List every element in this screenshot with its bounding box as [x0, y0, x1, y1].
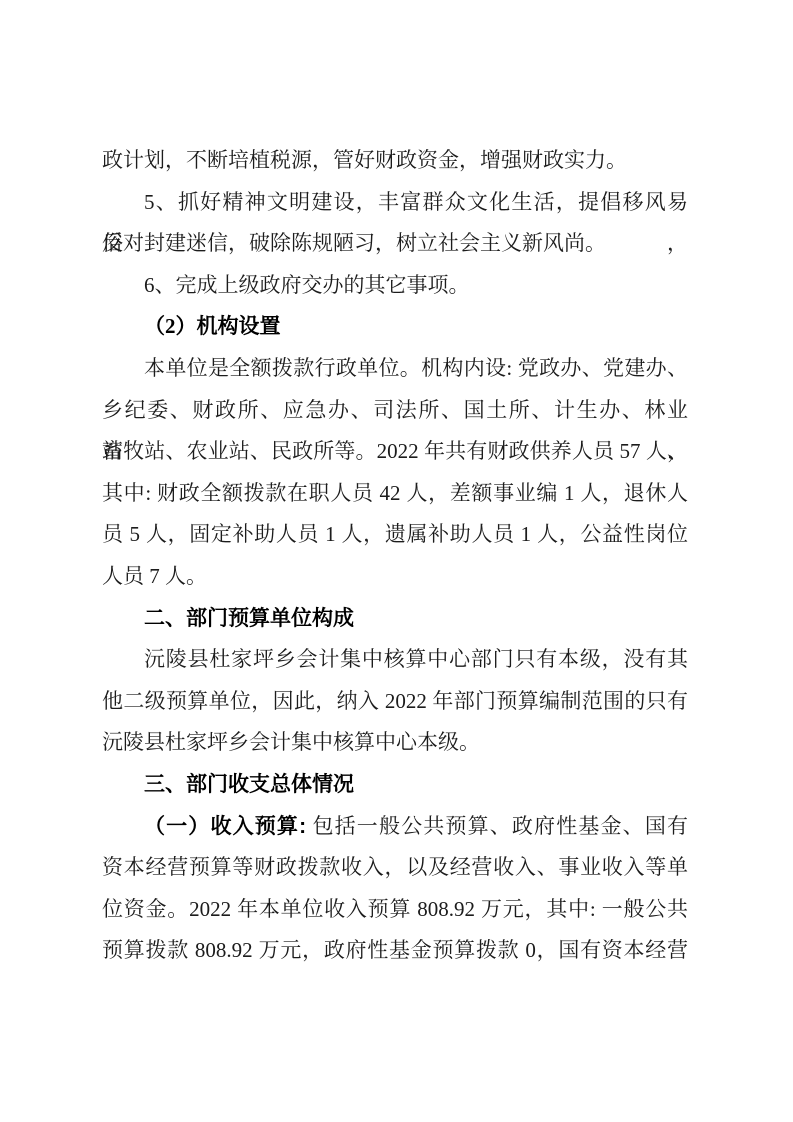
- text-segment: 沅陵县杜家坪乡会计集中核算中心部门只有本级，没有其: [144, 647, 688, 671]
- text-segment: 政计划，不断培植税源，管好财政资金，增强财政实力。: [102, 148, 627, 172]
- bold-text-segment: （一）收入预算:: [144, 815, 306, 838]
- body-line: 员 5 人，固定补助人员 1 人，遗属补助人员 1 人，公益性岗位: [102, 514, 688, 556]
- body-line: 6、完成上级政府交办的其它事项。: [102, 265, 688, 307]
- body-line: 人员 7 人。: [102, 556, 688, 598]
- text-segment: 6、完成上级政府交办的其它事项。: [144, 273, 470, 297]
- bold-text-segment: 二、部门预算单位构成: [144, 607, 354, 630]
- text-segment: 人员 7 人。: [102, 564, 207, 588]
- body-line: 资本经营预算等财政拨款收入，以及经营收入、事业收入等单: [102, 847, 688, 889]
- section-heading-org-setup: （2）机构设置: [102, 306, 688, 348]
- body-line: 沅陵县杜家坪乡会计集中核算中心本级。: [102, 722, 688, 764]
- body-line: 沅陵县杜家坪乡会计集中核算中心部门只有本级，没有其: [102, 639, 688, 681]
- text-segment: 反对封建迷信，破除陈规陋习，树立社会主义新风尚。: [102, 231, 606, 255]
- body-line: 预算拨款 808.92 万元，政府性基金预算拨款 0，国有资本经营: [102, 930, 688, 972]
- bold-text-segment: （2）机构设置: [144, 314, 281, 338]
- body-line: 乡纪委、财政所、应急办、司法所、国土所、计生办、林业站、: [102, 390, 688, 432]
- text-segment: 包括一般公共预算、政府性基金、国有: [306, 814, 688, 838]
- section-heading-revenue-expenditure-overview: 三、部门收支总体情况: [102, 764, 688, 806]
- text-segment: 员 5 人，固定补助人员 1 人，遗属补助人员 1 人，公益性岗位: [102, 522, 688, 546]
- text-segment: 其中: 财政全额拨款在职人员 42 人，差额事业编 1 人，退休人: [102, 481, 688, 505]
- body-line: 反对封建迷信，破除陈规陋习，树立社会主义新风尚。: [102, 223, 688, 265]
- section-heading-budget-unit-composition: 二、部门预算单位构成: [102, 598, 688, 640]
- document-page: 政计划，不断培植税源，管好财政资金，增强财政实力。5、抓好精神文明建设，丰富群众…: [0, 0, 793, 1122]
- text-segment: 资本经营预算等财政拨款收入，以及经营收入、事业收入等单: [102, 855, 688, 879]
- body-line: （一）收入预算: 包括一般公共预算、政府性基金、国有: [102, 806, 688, 848]
- body-line: 他二级预算单位，因此，纳入 2022 年部门预算编制范围的只有: [102, 681, 688, 723]
- text-segment: 畜牧站、农业站、民政所等。2022 年共有财政供养人员 57 人，: [102, 439, 688, 463]
- text-segment: 预算拨款 808.92 万元，政府性基金预算拨款 0，国有资本经营: [102, 938, 688, 962]
- body-line: 位资金。2022 年本单位收入预算 808.92 万元，其中: 一般公共: [102, 889, 688, 931]
- text-segment: 本单位是全额拨款行政单位。机构内设: 党政办、党建办、: [144, 356, 688, 380]
- text-segment: 他二级预算单位，因此，纳入 2022 年部门预算编制范围的只有: [102, 689, 688, 713]
- bold-text-segment: 三、部门收支总体情况: [144, 773, 354, 796]
- body-line: 畜牧站、农业站、民政所等。2022 年共有财政供养人员 57 人，: [102, 431, 688, 473]
- document-text-block: 政计划，不断培植税源，管好财政资金，增强财政实力。5、抓好精神文明建设，丰富群众…: [102, 140, 688, 972]
- body-line: 政计划，不断培植税源，管好财政资金，增强财政实力。: [102, 140, 688, 182]
- text-segment: 沅陵县杜家坪乡会计集中核算中心本级。: [102, 730, 480, 754]
- body-line: 5、抓好精神文明建设，丰富群众文化生活，提倡移风易俗，: [102, 182, 688, 224]
- text-segment: 位资金。2022 年本单位收入预算 808.92 万元，其中: 一般公共: [102, 897, 688, 921]
- body-line: 本单位是全额拨款行政单位。机构内设: 党政办、党建办、: [102, 348, 688, 390]
- body-line: 其中: 财政全额拨款在职人员 42 人，差额事业编 1 人，退休人: [102, 473, 688, 515]
